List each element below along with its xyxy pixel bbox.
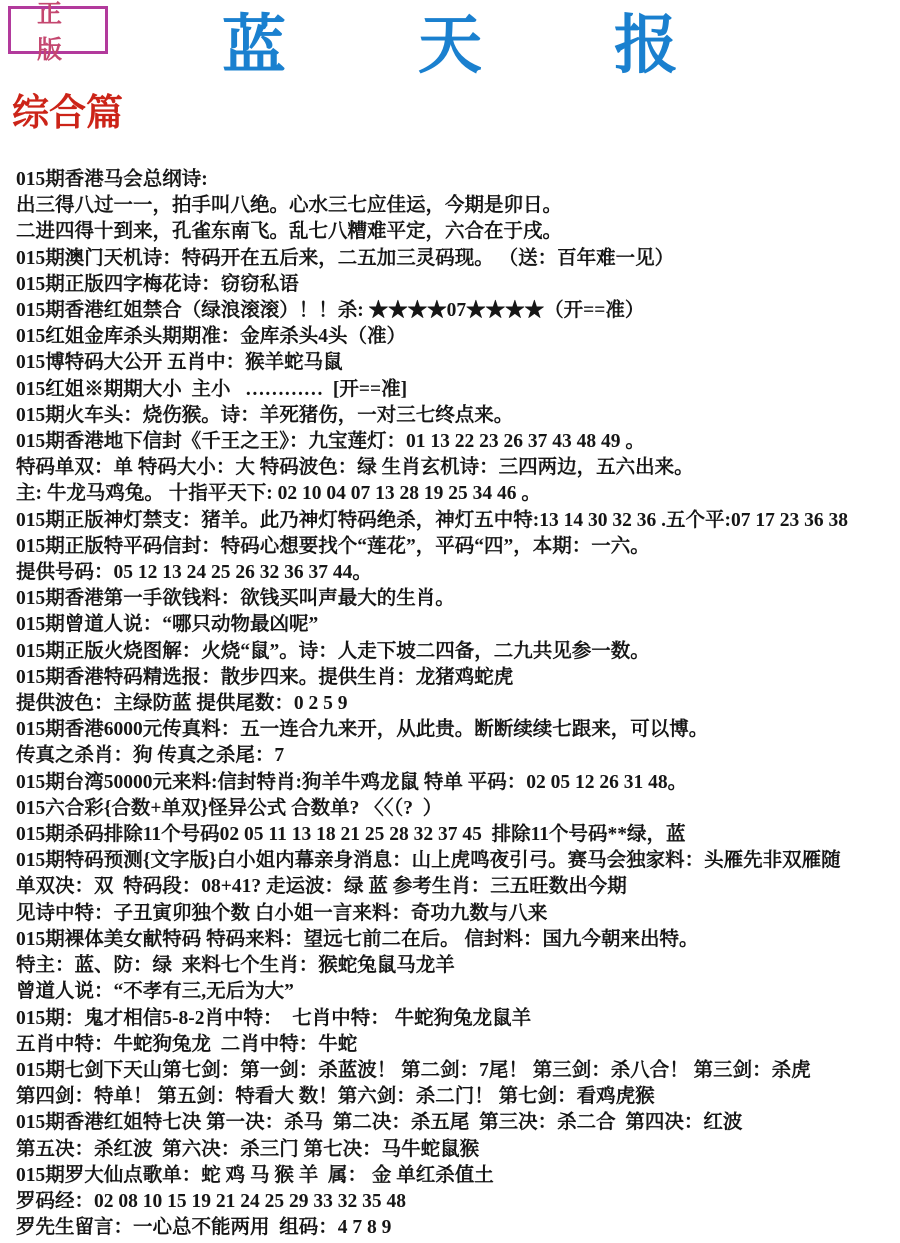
tips-text-block: 015期香港马会总纲诗:出三得八过一一，拍手叫八绝。心水三七应佳运，今期是卯日。…: [16, 167, 900, 1241]
newspaper-page: 正 版 蓝 天 报 综合篇 015期香港马会总纲诗:出三得八过一一，拍手叫八绝。…: [0, 0, 900, 1243]
section-heading: 综合篇: [12, 92, 123, 136]
text-line: 015期七剑下天山第七剑：第一剑：杀蓝波！ 第二剑：7尾！ 第三剑：杀八合！ 第…: [16, 1058, 900, 1084]
text-line: 015期杀码排除11个号码02 05 11 13 18 21 25 28 32 …: [16, 822, 900, 848]
text-line: 015期香港第一手欲钱料：欲钱买叫声最大的生肖。: [16, 586, 900, 612]
text-line: 特主：蓝、防：绿 来料七个生肖：猴蛇兔鼠马龙羊: [16, 953, 900, 979]
text-line: 015博特码大公开 五肖中：猴羊蛇马鼠: [16, 350, 900, 376]
text-line: 罗先生留言：一心总不能两用 组码：4 7 8 9: [16, 1215, 900, 1241]
text-line: 015期正版特平码信封：特码心想要找个“莲花”，平码“四”，本期：一六。: [16, 534, 900, 560]
text-line: 015期曾道人说：“哪只动物最凶呢”: [16, 612, 900, 638]
text-line: 015期香港红姐特七决 第一决：杀马 第二决：杀五尾 第三决：杀二合 第四决：红…: [16, 1110, 900, 1136]
page-title: 蓝 天 报: [0, 8, 900, 84]
text-line: 015期正版四字梅花诗：窃窃私语: [16, 272, 900, 298]
text-line: 015期香港特码精选报：散步四来。提供生肖：龙猪鸡蛇虎: [16, 665, 900, 691]
text-line: 015期特码预测{文字版}白小姐内幕亲身消息：山上虎鸣夜引弓。赛马会独家料：头雁…: [16, 848, 900, 874]
text-line: 提供波色：主绿防蓝 提供尾数：0 2 5 9: [16, 691, 900, 717]
text-line: 罗码经：02 08 10 15 19 21 24 25 29 33 32 35 …: [16, 1189, 900, 1215]
text-line: 提供号码：05 12 13 24 25 26 32 36 37 44。: [16, 560, 900, 586]
text-line: 015红姐金库杀头期期准：金库杀头4头（准）: [16, 324, 900, 350]
text-line: 出三得八过一一，拍手叫八绝。心水三七应佳运，今期是卯日。: [16, 193, 900, 219]
text-line: 015红姐※期期大小 主小 ………… [开==准]: [16, 377, 900, 403]
text-line: 主: 牛龙马鸡兔。 十指平天下: 02 10 04 07 13 28 19 25…: [16, 481, 900, 507]
text-line: 五肖中特：牛蛇狗兔龙 二肖中特：牛蛇: [16, 1032, 900, 1058]
text-line: 015期正版神灯禁支：猪羊。此乃神灯特码绝杀，神灯五中特:13 14 30 32…: [16, 508, 900, 534]
text-line: 第四剑：特单！ 第五剑：特看大 数！第六剑：杀二门！ 第七剑：看鸡虎猴: [16, 1084, 900, 1110]
text-line: 015期香港6000元传真料：五一连合九来开，从此贵。断断续续七跟来，可以博。: [16, 717, 900, 743]
text-line: 单双决：双 特码段：08+41? 走运波：绿 蓝 参考生肖：三五旺数出今期: [16, 874, 900, 900]
text-line: 015期裸体美女献特码 特码来料：望远七前二在后。 信封料：国九今朝来出特。: [16, 927, 900, 953]
text-line: 015期台湾50000元来料:信封特肖:狗羊牛鸡龙鼠 特单 平码：02 05 1…: [16, 770, 900, 796]
text-line: 特码单双：单 特码大小：大 特码波色：绿 生肖玄机诗：三四两边，五六出来。: [16, 455, 900, 481]
text-line: 015六合彩{合数+单双}怪异公式 合数单? 〈〈（? ）: [16, 796, 900, 822]
text-line: 015期正版火烧图解：火烧“鼠”。诗：人走下坡二四备，二九共见参一数。: [16, 639, 900, 665]
text-line: 二进四得十到来，孔雀东南飞。乱七八糟难平定，六合在于戌。: [16, 219, 900, 245]
text-line: 015期澳门天机诗：特码开在五后来，二五加三灵码现。 （送：百年难一见）: [16, 246, 900, 272]
text-line: 015期香港地下信封《千王之王》：九宝莲灯：01 13 22 23 26 37 …: [16, 429, 900, 455]
text-line: 015期香港红姐禁合（绿浪滚滚）！！杀: ★★★★07★★★★（开==准）: [16, 298, 900, 324]
text-line: 见诗中特：子丑寅卯独个数 白小姐一言来料：奇功九数与八来: [16, 901, 900, 927]
text-line: 015期罗大仙点歌单：蛇 鸡 马 猴 羊 属： 金 单红杀值土: [16, 1163, 900, 1189]
text-line: 015期火车头：烧伤猴。诗：羊死猪伤，一对三七终点来。: [16, 403, 900, 429]
text-line: 曾道人说：“不孝有三,无后为大”: [16, 979, 900, 1005]
text-line: 第五决：杀红波 第六决：杀三门 第七决：马牛蛇鼠猴: [16, 1137, 900, 1163]
text-line: 传真之杀肖：狗 传真之杀尾：7: [16, 743, 900, 769]
text-line: 015期：鬼才相信5-8-2肖中特： 七肖中特： 牛蛇狗兔龙鼠羊: [16, 1006, 900, 1032]
text-line: 015期香港马会总纲诗:: [16, 167, 900, 193]
